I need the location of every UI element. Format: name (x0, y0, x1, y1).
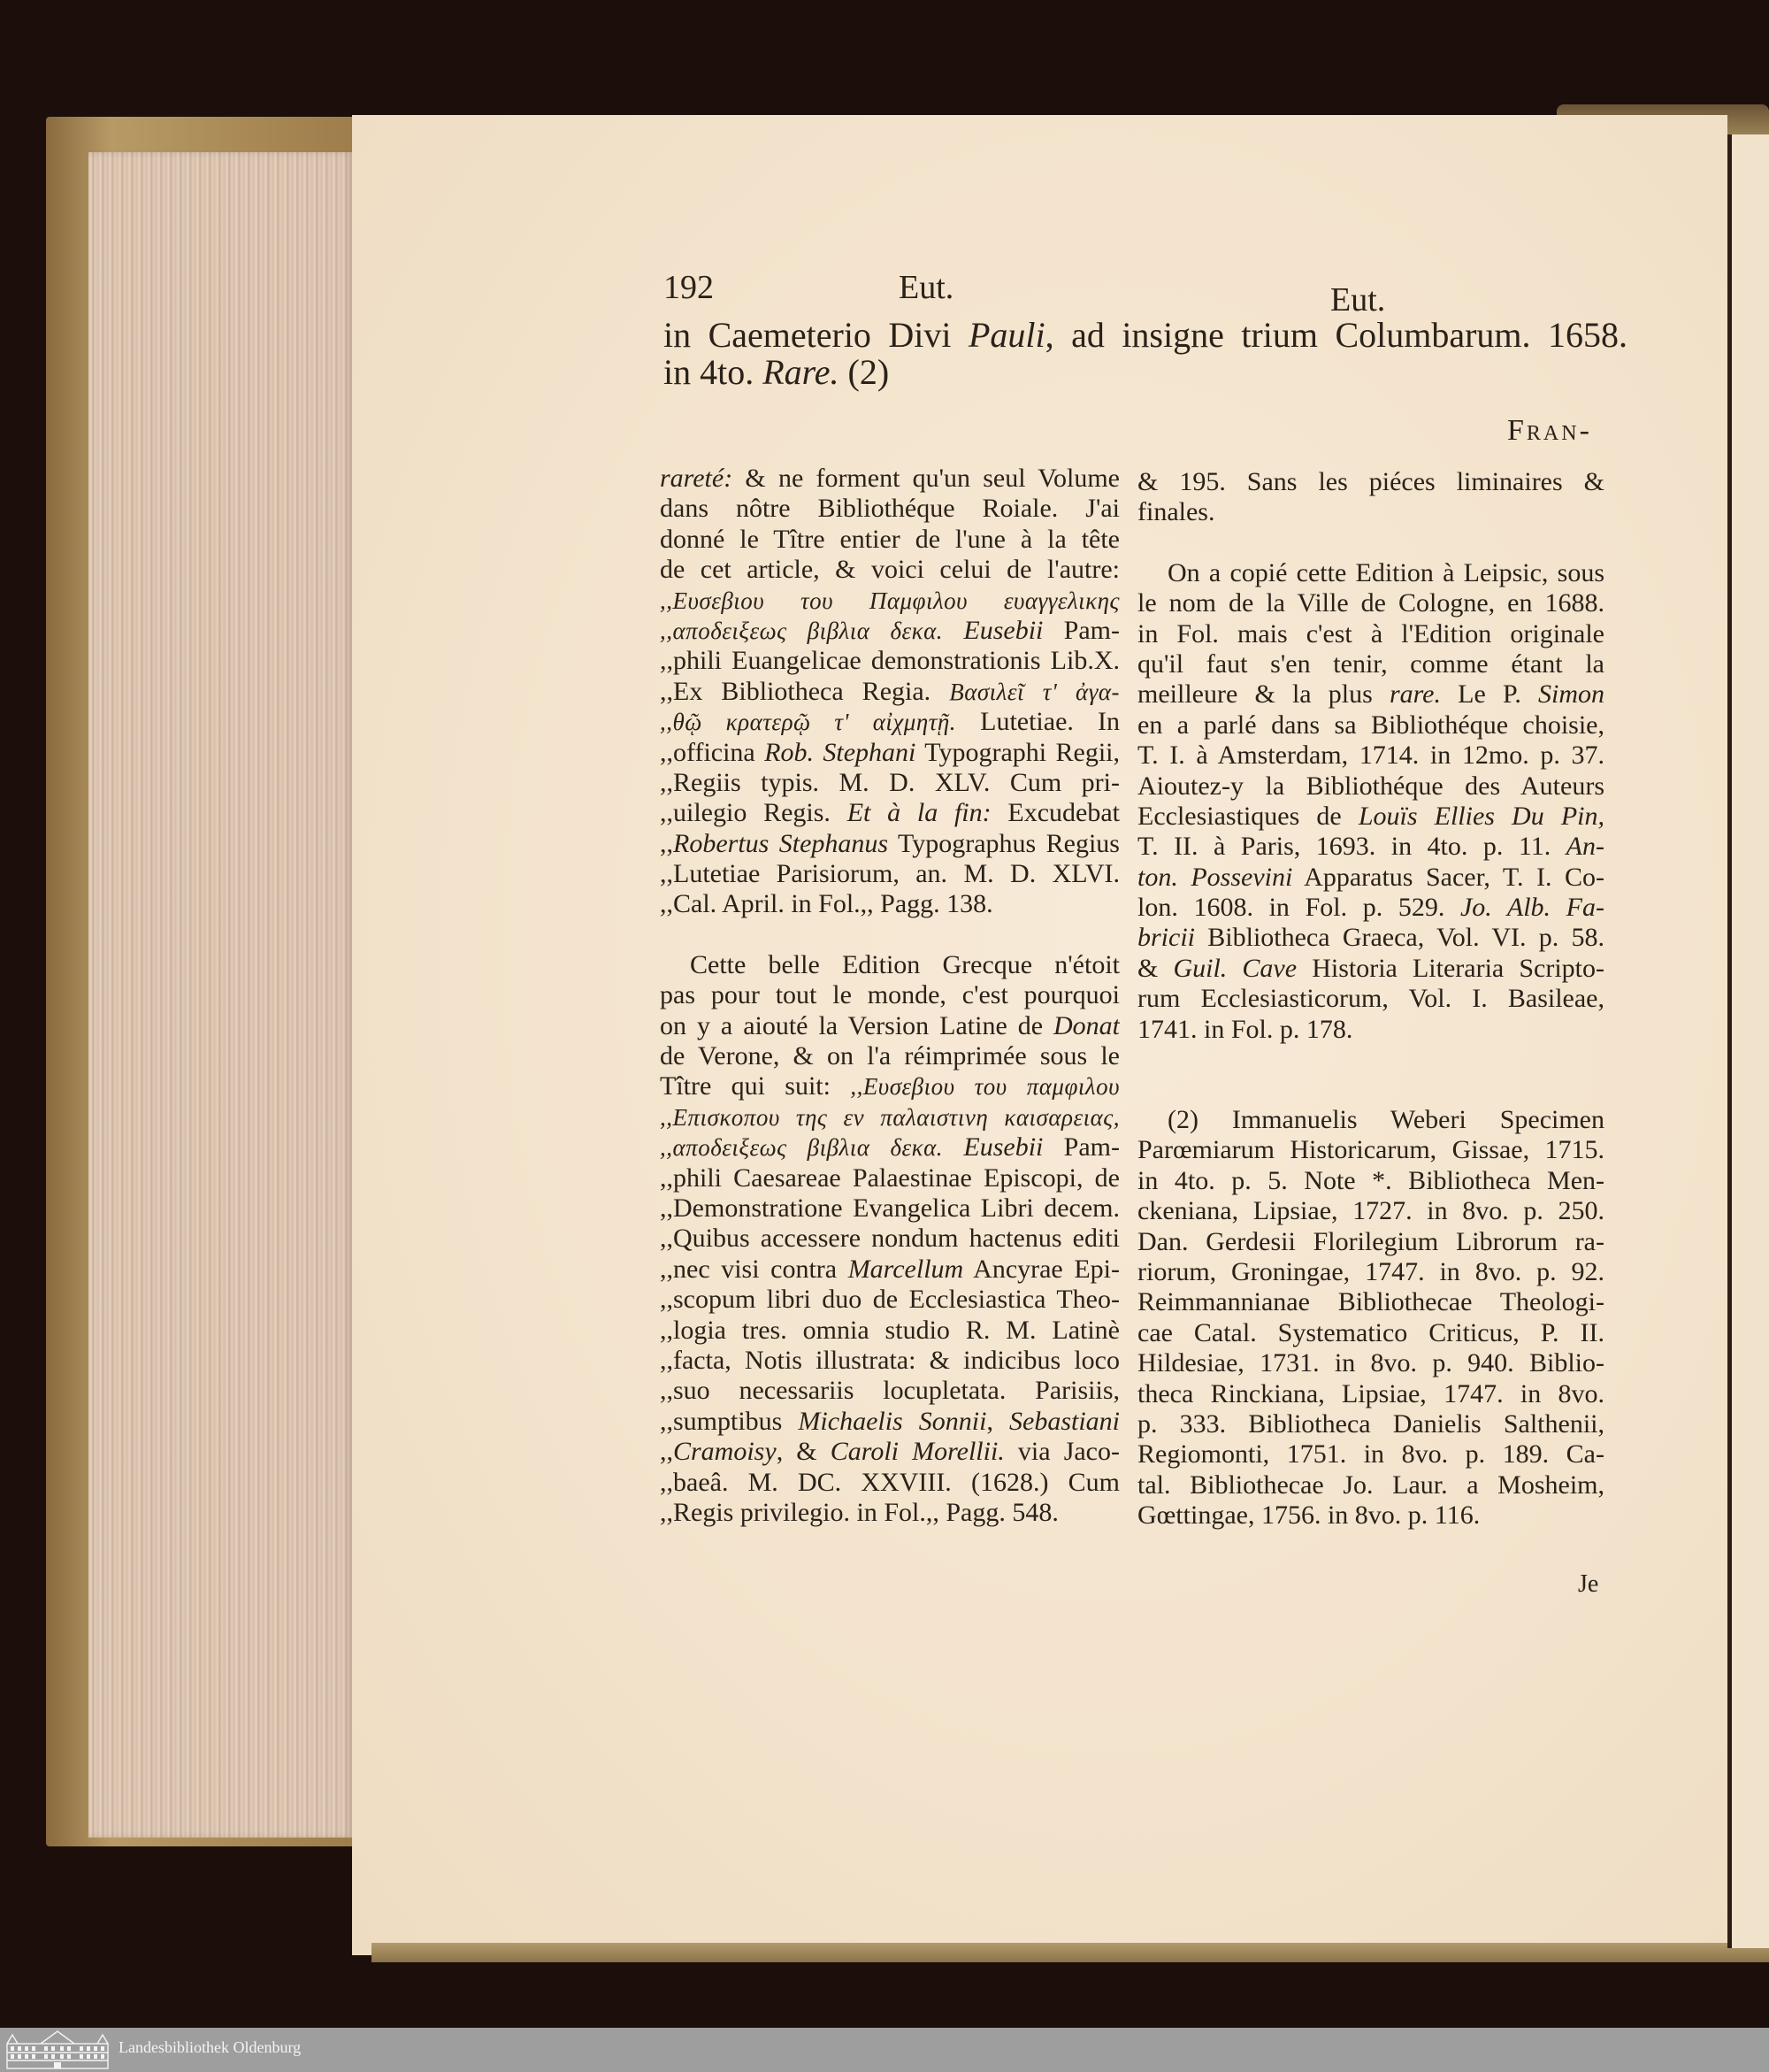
text-line: T. II. à Paris, 1693. in 4to. p. 11. An- (1137, 832, 1604, 862)
text-line: ,,facta, Notis illustrata: & indicibus l… (660, 1346, 1120, 1376)
text-line: (2) Immanuelis Weberi Specimen (1137, 1105, 1604, 1135)
catchword-top: Fran- (1507, 416, 1592, 446)
text-line: bricii Bibliotheca Graeca, Vol. VI. p. 5… (1137, 923, 1604, 953)
text-line: ,,Cramoisy, & Caroli Morellii. via Jaco- (660, 1437, 1120, 1467)
title-line-2: in 4to. Rare. (2) (663, 357, 1627, 388)
text-line: ,,phili Caesareae Palaestinae Episcopi, … (660, 1163, 1120, 1193)
text-line: en a parlé dans sa Bibliothéque choisie, (1137, 710, 1604, 741)
text-line: ton. Possevini Apparatus Sacer, T. I. Co… (1137, 863, 1604, 893)
text-line: 1741. in Fol. p. 178. (1137, 1015, 1604, 1045)
right-paragraph-2: On a copié cette Edition à Leipsic, sous… (1137, 558, 1604, 1045)
text-line: ,,Quibus accessere nondum hactenus editi (660, 1224, 1120, 1254)
page-block-edge (88, 152, 354, 1838)
text-line: Cette belle Edition Grecque n'étoit (660, 950, 1120, 980)
library-name: Landesbibliothek Oldenburg (119, 2038, 301, 2057)
text-line: On a copié cette Edition à Leipsic, sous (1137, 558, 1604, 588)
text-line: pas pour tout le monde, c'est pourquoi (660, 980, 1120, 1010)
page-number: 192 (663, 272, 714, 303)
text-line: ,,phili Euangelicae demonstrationis Lib.… (660, 646, 1120, 676)
text-line: in 4to. p. 5. Note *. Bibliotheca Men- (1137, 1166, 1604, 1196)
left-paragraph-1: rareté: & ne forment qu'un seul Volumeda… (660, 464, 1120, 920)
text-line: meilleure & la plus rare. Le P. Simon (1137, 679, 1604, 710)
next-page-sliver (1732, 134, 1769, 1948)
text-line: Parœmiarum Historicarum, Gissae, 1715. (1137, 1135, 1604, 1165)
text-line: ,,Ex Bibliotheca Regia. Βασιλεῖ τ' ἀγα- (660, 677, 1120, 707)
text-line: ,,officina Rob. Stephani Typographi Regi… (660, 738, 1120, 768)
text-line: ,,uilegio Regis. Et à la fin: Excudebat (660, 798, 1120, 828)
text-line: finales. (1137, 497, 1604, 527)
text-line: ckeniana, Lipsiae, 1727. in 8vo. p. 250. (1137, 1196, 1604, 1226)
text-line: & Guil. Cave Historia Literaria Scripto- (1137, 954, 1604, 984)
text-line: Gœttingae, 1756. in 8vo. p. 116. (1137, 1500, 1604, 1531)
book-bottom-edge (371, 1943, 1769, 1962)
text-line: in Fol. mais c'est à l'Edition originale (1137, 619, 1604, 649)
text-line: ,,Ευσεβιου του Παμφιλου ευαγγελικης (660, 586, 1120, 616)
right-paragraph-1: & 195. Sans les piéces liminaires &final… (1137, 467, 1604, 528)
text-line: cae Catal. Systematico Criticus, P. II. (1137, 1318, 1604, 1348)
text-line: ,,αποδειξεως βιβλια δεκα. Eusebii Pam- (660, 1132, 1120, 1163)
text-line: ,,Lutetiae Parisiorum, an. M. D. XLVI. (660, 859, 1120, 889)
text-line: Ecclesiastiques de Louïs Ellies Du Pin, (1137, 802, 1604, 832)
text-line: ,,scopum libri duo de Ecclesiastica Theo… (660, 1285, 1120, 1315)
text-line: de Verone, & on l'a réimprimée sous le (660, 1041, 1120, 1071)
text-line: tal. Bibliothecae Jo. Laur. a Mosheim, (1137, 1470, 1604, 1500)
running-head-left: Eut. (899, 272, 953, 303)
text-line: T. I. à Amsterdam, 1714. in 12mo. p. 37. (1137, 741, 1604, 771)
text-line: le nom de la Ville de Cologne, en 1688. (1137, 588, 1604, 618)
text-line: p. 333. Bibliotheca Danielis Salthenii, (1137, 1409, 1604, 1439)
text-line: & 195. Sans les piéces liminaires & (1137, 467, 1604, 497)
title-line-1: in Caemeterio Divi Pauli, ad insigne tri… (663, 320, 1627, 350)
text-line: ,,θῷ κρατερῷ τ' αἰχμητῇ. Lutetiae. In (660, 707, 1120, 737)
text-line: qu'il faut s'en tenir, comme étant la (1137, 649, 1604, 679)
text-line: ,,Regiis typis. M. D. XLV. Cum pri- (660, 768, 1120, 798)
right-column: & 195. Sans les piéces liminaires &final… (1137, 467, 1604, 1531)
left-paragraph-2: Cette belle Edition Grecque n'étoitpas p… (660, 950, 1120, 1528)
footnote-2: (2) Immanuelis Weberi SpecimenParœmiarum… (1137, 1105, 1604, 1531)
text-line: theca Rinckiana, Lipsiae, 1747. in 8vo. (1137, 1379, 1604, 1409)
text-line: rum Ecclesiasticorum, Vol. I. Basileae, (1137, 984, 1604, 1014)
text-line: on y a aiouté la Version Latine de Donat (660, 1011, 1120, 1041)
text-line: Hildesiae, 1731. in 8vo. p. 940. Biblio- (1137, 1348, 1604, 1378)
text-line: ,,sumptibus Michaelis Sonnii, Sebastiani (660, 1407, 1120, 1437)
text-line: dans nôtre Bibliothéque Roiale. J'ai (660, 494, 1120, 524)
text-line: ,,αποδειξεως βιβλια δεκα. Eusebii Pam- (660, 616, 1120, 646)
text-line: riorum, Groningae, 1747. in 8vo. p. 92. (1137, 1257, 1604, 1287)
text-line: ,,Regis privilegio. in Fol.,, Pagg. 548. (660, 1498, 1120, 1528)
text-line: ,,logia tres. omnia studio R. M. Latinè (660, 1316, 1120, 1346)
text-line: ,,Cal. April. in Fol.,, Pagg. 138. (660, 889, 1120, 919)
text-line: de cet article, & voici celui de l'autre… (660, 555, 1120, 585)
text-line: ,,suo necessariis locupletata. Parisiis, (660, 1376, 1120, 1406)
text-line: rareté: & ne forment qu'un seul Volume (660, 464, 1120, 494)
text-line: ,,baeâ. M. DC. XXVIII. (1628.) Cum (660, 1468, 1120, 1498)
text-line: Regiomonti, 1751. in 8vo. p. 189. Ca- (1137, 1439, 1604, 1470)
text-line: donné le Tître entier de l'une à la tête (660, 525, 1120, 555)
text-line: Aioutez-y la Bibliothéque des Auteurs (1137, 771, 1604, 802)
text-line: ,,Επισκοπου της εν παλαιστινη καισαρειας… (660, 1102, 1120, 1132)
text-line: Reimmannianae Bibliothecae Theologi- (1137, 1287, 1604, 1317)
left-column: rareté: & ne forment qu'un seul Volumeda… (660, 464, 1120, 1528)
text-line: ,,Robertus Stephanus Typographus Regius (660, 829, 1120, 859)
library-footer: Landesbibliothek Oldenburg (0, 2028, 1769, 2072)
text-line: ,,nec visi contra Marcellum Ancyrae Epi- (660, 1255, 1120, 1285)
library-building-icon (5, 2030, 110, 2070)
text-line: ,,Demonstratione Evangelica Libri decem. (660, 1193, 1120, 1224)
text-line: lon. 1608. in Fol. p. 529. Jo. Alb. Fa- (1137, 893, 1604, 923)
running-head-right: Eut. (1330, 285, 1385, 315)
text-line: Tître qui suit: ,,Ευσεβιου του παμφιλου (660, 1071, 1120, 1101)
text-line: Dan. Gerdesii Florilegium Librorum ra- (1137, 1227, 1604, 1257)
catchword-bottom: Je (1578, 1569, 1598, 1600)
